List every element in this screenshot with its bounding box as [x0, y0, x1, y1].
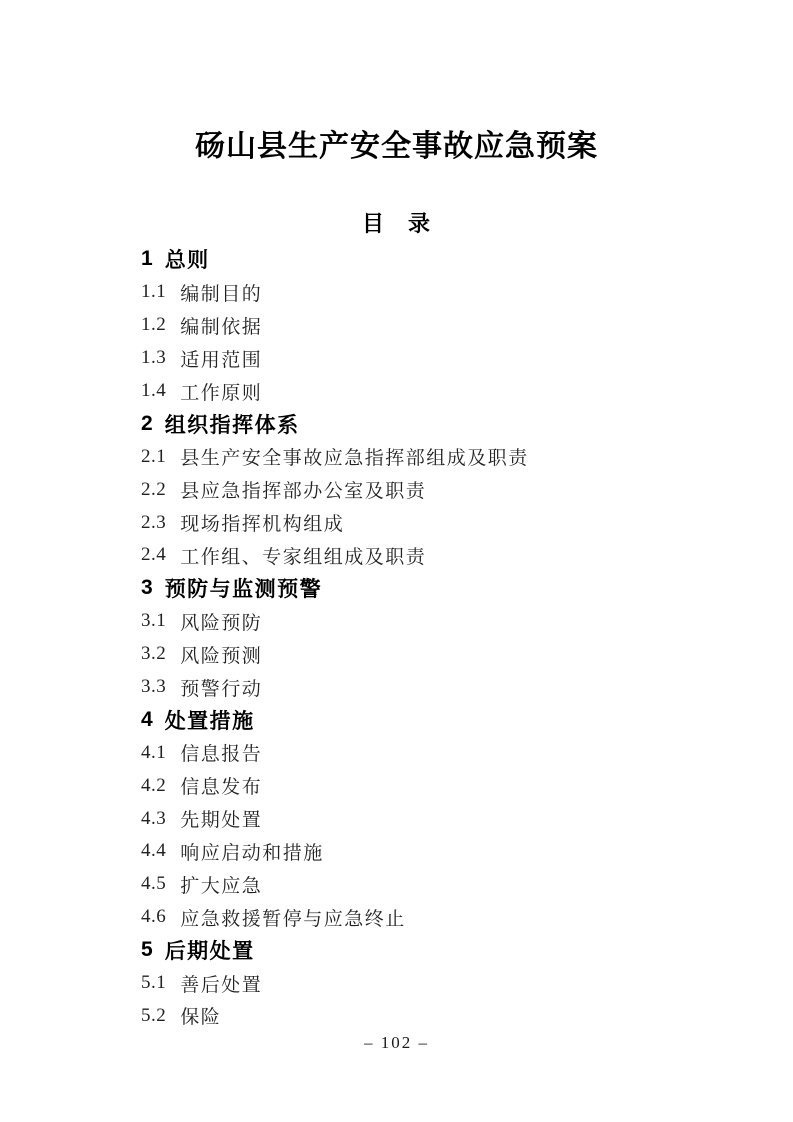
toc-item-label: 扩大应急: [180, 871, 262, 898]
toc-item-number: 4.3: [141, 808, 166, 830]
toc-item-label: 保险: [180, 1002, 221, 1029]
toc-item-label: 风险预防: [180, 608, 262, 635]
toc-item-label: 工作原则: [180, 378, 262, 405]
toc-item-label: 风险预测: [180, 641, 262, 668]
document-title: 砀山县生产安全事故应急预案: [0, 0, 793, 165]
toc-item-number: 2.3: [141, 512, 166, 534]
toc-item-number: 2.2: [141, 479, 166, 501]
page-number: – 102 –: [364, 1033, 429, 1052]
toc-sub-item: 4.4响应启动和措施: [141, 835, 733, 868]
toc-list: 1总则1.1编制目的1.2编制依据1.3适用范围1.4工作原则2组织指挥体系2.…: [0, 243, 793, 1032]
toc-sub-item: 2.1县生产安全事故应急指挥部组成及职责: [141, 440, 733, 473]
toc-sub-item: 5.2保险: [141, 999, 733, 1032]
toc-item-label: 工作组、专家组组成及职责: [180, 542, 426, 569]
toc-item-number: 1.4: [141, 380, 166, 402]
toc-item-number: 2.4: [141, 544, 166, 566]
toc-sub-item: 3.3预警行动: [141, 671, 733, 704]
toc-item-number: 3: [141, 576, 153, 600]
toc-item-number: 3.3: [141, 676, 166, 698]
toc-item-label: 先期处置: [180, 805, 262, 832]
toc-item-label: 后期处置: [165, 935, 255, 965]
toc-section-item: 1总则: [141, 243, 733, 276]
toc-sub-item: 2.2县应急指挥部办公室及职责: [141, 473, 733, 506]
toc-sub-item: 4.2信息发布: [141, 769, 733, 802]
toc-item-number: 5.2: [141, 1005, 166, 1027]
document-page: 砀山县生产安全事故应急预案 目 录 1总则1.1编制目的1.2编制依据1.3适用…: [0, 0, 793, 1122]
toc-item-label: 总则: [165, 244, 210, 274]
toc-item-number: 3.1: [141, 610, 166, 632]
toc-section-item: 5后期处置: [141, 934, 733, 967]
toc-item-label: 编制依据: [180, 312, 262, 339]
toc-item-number: 2.1: [141, 446, 166, 468]
toc-item-number: 5.1: [141, 972, 166, 994]
toc-item-label: 响应启动和措施: [180, 838, 324, 865]
toc-item-number: 5: [141, 938, 153, 962]
toc-sub-item: 4.5扩大应急: [141, 868, 733, 901]
toc-sub-item: 1.1编制目的: [141, 276, 733, 309]
toc-item-number: 1.2: [141, 314, 166, 336]
toc-item-label: 信息发布: [180, 772, 262, 799]
toc-item-number: 4: [141, 708, 153, 732]
toc-item-number: 4.4: [141, 840, 166, 862]
toc-sub-item: 4.6应急救援暂停与应急终止: [141, 901, 733, 934]
toc-item-number: 4.6: [141, 906, 166, 928]
toc-item-label: 预警行动: [180, 674, 262, 701]
toc-sub-item: 4.1信息报告: [141, 736, 733, 769]
toc-item-number: 1.1: [141, 281, 166, 303]
toc-sub-item: 5.1善后处置: [141, 967, 733, 1000]
toc-item-label: 组织指挥体系: [165, 409, 300, 439]
toc-item-label: 适用范围: [180, 345, 262, 372]
toc-section-item: 4处置措施: [141, 703, 733, 736]
toc-section-item: 2组织指挥体系: [141, 407, 733, 440]
toc-item-label: 善后处置: [180, 970, 262, 997]
toc-item-label: 县应急指挥部办公室及职责: [180, 476, 426, 503]
toc-item-label: 处置措施: [165, 705, 255, 735]
toc-item-number: 1: [141, 247, 153, 271]
toc-item-label: 编制目的: [180, 279, 262, 306]
toc-sub-item: 3.1风险预防: [141, 605, 733, 638]
toc-item-number: 4.1: [141, 742, 166, 764]
toc-item-label: 应急救援暂停与应急终止: [180, 904, 406, 931]
toc-item-number: 2: [141, 412, 153, 436]
toc-sub-item: 2.3现场指挥机构组成: [141, 506, 733, 539]
toc-sub-item: 1.3适用范围: [141, 342, 733, 375]
toc-item-label: 现场指挥机构组成: [180, 509, 344, 536]
toc-heading: 目 录: [0, 210, 793, 237]
toc-item-number: 4.2: [141, 775, 166, 797]
toc-sub-item: 4.3先期处置: [141, 802, 733, 835]
toc-sub-item: 1.2编制依据: [141, 309, 733, 342]
toc-section-item: 3预防与监测预警: [141, 572, 733, 605]
page-footer: – 102 –: [0, 1033, 793, 1053]
toc-item-label: 信息报告: [180, 739, 262, 766]
toc-sub-item: 3.2风险预测: [141, 638, 733, 671]
toc-sub-item: 2.4工作组、专家组组成及职责: [141, 539, 733, 572]
toc-item-number: 4.5: [141, 873, 166, 895]
toc-item-number: 1.3: [141, 347, 166, 369]
toc-sub-item: 1.4工作原则: [141, 375, 733, 408]
toc-item-label: 县生产安全事故应急指挥部组成及职责: [180, 443, 529, 470]
toc-item-label: 预防与监测预警: [165, 573, 323, 603]
toc-item-number: 3.2: [141, 643, 166, 665]
